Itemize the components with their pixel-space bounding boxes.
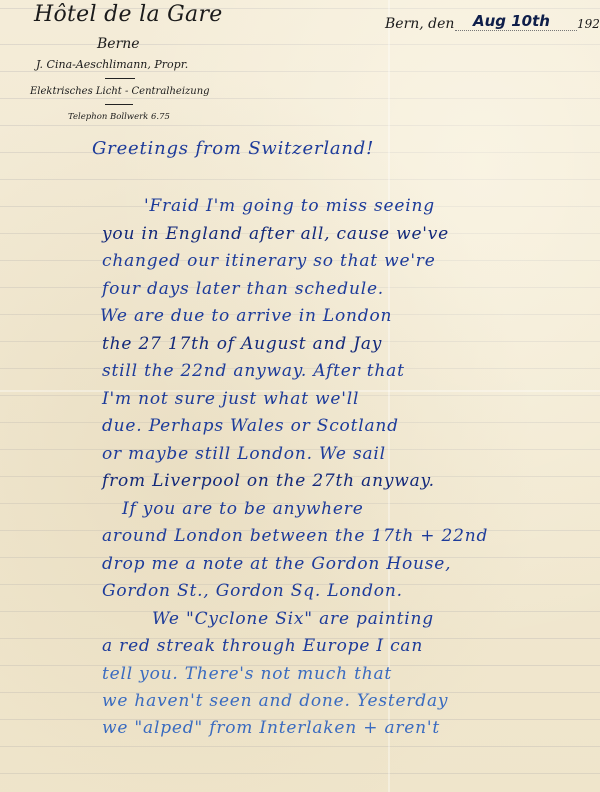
date-place: Bern, den [385, 16, 454, 32]
letter-line: we haven't seen and done. Yesterday [102, 691, 448, 711]
hotel-amenities: Elektrisches Licht - Centralheizung [30, 86, 210, 97]
letter-line: If you are to be anywhere [122, 499, 364, 519]
letter-line: We "Cyclone Six" are painting [152, 609, 434, 629]
letter-line: the 27 17th of August and Jay [102, 334, 382, 354]
letter-line: 'Fraid I'm going to miss seeing [144, 196, 435, 216]
letter-line: Gordon St., Gordon Sq. London. [102, 581, 403, 601]
letter-line: four days later than schedule. [102, 279, 384, 299]
date-dotted-line [455, 30, 577, 31]
letter-line: a red streak through Europe I can [102, 636, 423, 656]
letter-line: around London between the 17th + 22nd [102, 526, 488, 546]
letterhead-divider [105, 78, 135, 79]
letter-line: still the 22nd anyway. After that [102, 361, 405, 381]
hotel-telephone: Telephon Bollwerk 6.75 [68, 112, 170, 122]
handwritten-date: Aug 10th [473, 12, 550, 30]
letter-line: you in England after all, cause we've [102, 224, 449, 244]
letter-line: we "alped" from Interlaken + aren't [102, 718, 440, 738]
hotel-proprietor: J. Cina-Aeschlimann, Propr. [36, 58, 188, 71]
letterhead-divider [105, 104, 133, 105]
date-year: 1921 [577, 17, 600, 31]
letter-line: due. Perhaps Wales or Scotland [102, 416, 399, 436]
letter-line: We are due to arrive in London [100, 306, 392, 326]
dateline: Bern, den Aug 10th 1921 [385, 16, 600, 38]
letter-greeting: Greetings from Switzerland! [92, 138, 374, 159]
letter-line: I'm not sure just what we'll [102, 389, 359, 409]
hotel-name: Hôtel de la Gare [34, 2, 234, 27]
letter-line: changed our itinerary so that we're [102, 251, 436, 271]
letter-line: drop me a note at the Gordon House, [102, 554, 451, 574]
letter-line: from Liverpool on the 27th anyway. [102, 471, 435, 491]
letter-line: or maybe still London. We sail [102, 444, 386, 464]
hotel-city: Berne [97, 36, 140, 52]
letter-line: tell you. There's not much that [102, 664, 392, 684]
